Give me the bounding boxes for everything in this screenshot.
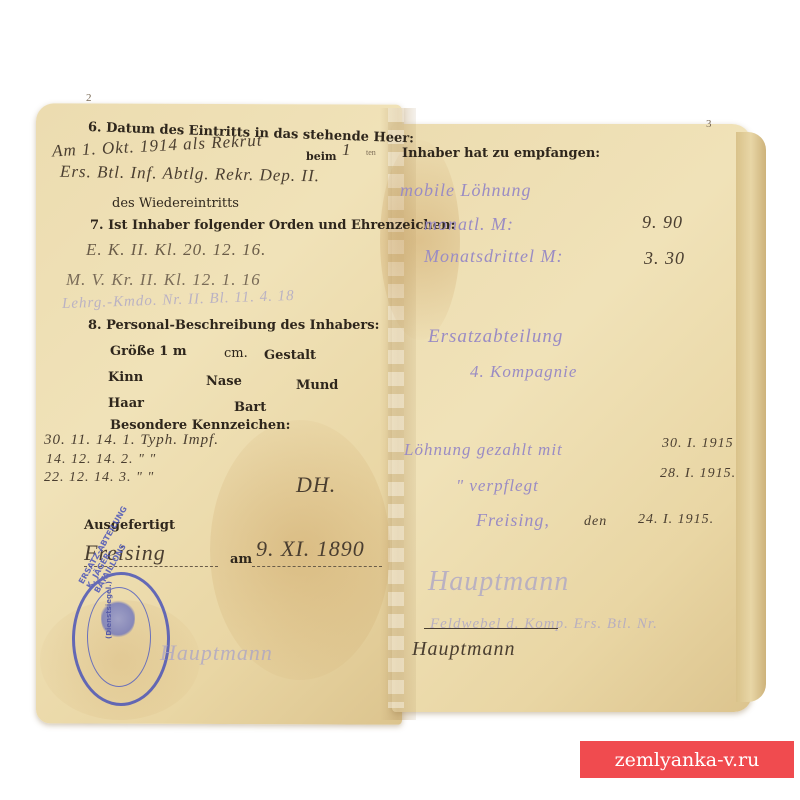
stamp-center-text: (Dienstsiegel.) xyxy=(105,581,113,639)
site-watermark: zemlyanka-v.ru xyxy=(580,741,794,778)
stain xyxy=(380,140,460,340)
kennzeichen-entry-3: 22. 12. 14. 3. " " xyxy=(44,470,154,486)
pay-entry-2: monatl. M: xyxy=(424,214,514,235)
status-date-2: 28. I. 1915. xyxy=(660,466,736,482)
field-cm: cm. xyxy=(224,346,248,361)
page-number-right: 3 xyxy=(706,118,712,130)
field-besondere: Besondere Kennzeichen: xyxy=(110,418,290,433)
field-kinn: Kinn xyxy=(108,370,143,385)
status-date-1: 30. I. 1915 xyxy=(662,436,734,452)
unit-entry-2: 4. Kompagnie xyxy=(470,362,577,382)
kennzeichen-entry-2: 14. 12. 14. 2. " " xyxy=(46,452,156,468)
ink-signature: Hauptmann xyxy=(412,638,515,661)
status-entry-2: " verpflegt xyxy=(456,476,539,496)
item8-label: 8. Personal-Beschreibung des Inhabers: xyxy=(88,318,379,333)
item6-beim: beim xyxy=(306,150,337,163)
place-den: den xyxy=(584,514,607,530)
item6-beim-value: 1 xyxy=(342,140,352,160)
field-mund: Mund xyxy=(296,378,338,393)
left-violet-signature: Hauptmann xyxy=(160,640,273,666)
field-gestalt: Gestalt xyxy=(264,348,316,363)
date-line xyxy=(252,566,382,567)
item7-entry-2: M. V. Kr. II. Kl. 12. 1. 16 xyxy=(66,270,261,290)
item7-label: 7. Ist Inhaber folgender Orden und Ehren… xyxy=(90,218,455,233)
page-edges xyxy=(736,132,766,702)
field-bart: Bart xyxy=(234,400,266,415)
item7-entry-1: E. K. II. Kl. 20. 12. 16. xyxy=(86,240,266,260)
status-entry-1: Löhnung gezahlt mit xyxy=(404,440,563,460)
item6-wiedereintritt: des Wiedereintritts xyxy=(112,196,239,211)
strike-through-line xyxy=(424,628,558,629)
issued-am: am xyxy=(230,552,252,567)
official-seal-stamp: ERSATZ-ABTEILUNG K. JÄGER-BATAILLONS (Di… xyxy=(72,572,170,706)
field-groesse: Größe 1 m xyxy=(110,344,187,359)
unit-entry-1: Ersatzabteilung xyxy=(428,326,563,348)
place-handwritten: Freising, xyxy=(476,510,550,531)
receive-label: Inhaber hat zu empfangen: xyxy=(402,146,600,161)
place-date: 24. I. 1915. xyxy=(638,512,714,528)
pay-amount-1: 9. 90 xyxy=(642,212,683,233)
pay-entry-3: Monatsdrittel M: xyxy=(424,246,564,267)
issued-date: 9. XI. 1890 xyxy=(256,536,365,562)
item6-suffix: ten xyxy=(366,148,376,157)
initials: DH. xyxy=(296,472,336,498)
right-violet-subtitle: Feldwebel d. Komp. Ers. Btl. Nr. xyxy=(430,616,658,633)
pay-entry-1: mobile Löhnung xyxy=(400,180,532,201)
booklet-photo: 2 6. Datum des Eintritts in das stehende… xyxy=(0,0,800,800)
field-haar: Haar xyxy=(108,396,144,411)
page-number-left: 2 xyxy=(86,92,92,104)
right-violet-signature: Hauptmann xyxy=(428,566,569,598)
pay-amount-2: 3. 30 xyxy=(644,248,685,269)
field-nase: Nase xyxy=(206,374,242,389)
kennzeichen-entry-1: 30. 11. 14. 1. Typh. Impf. xyxy=(44,432,219,449)
